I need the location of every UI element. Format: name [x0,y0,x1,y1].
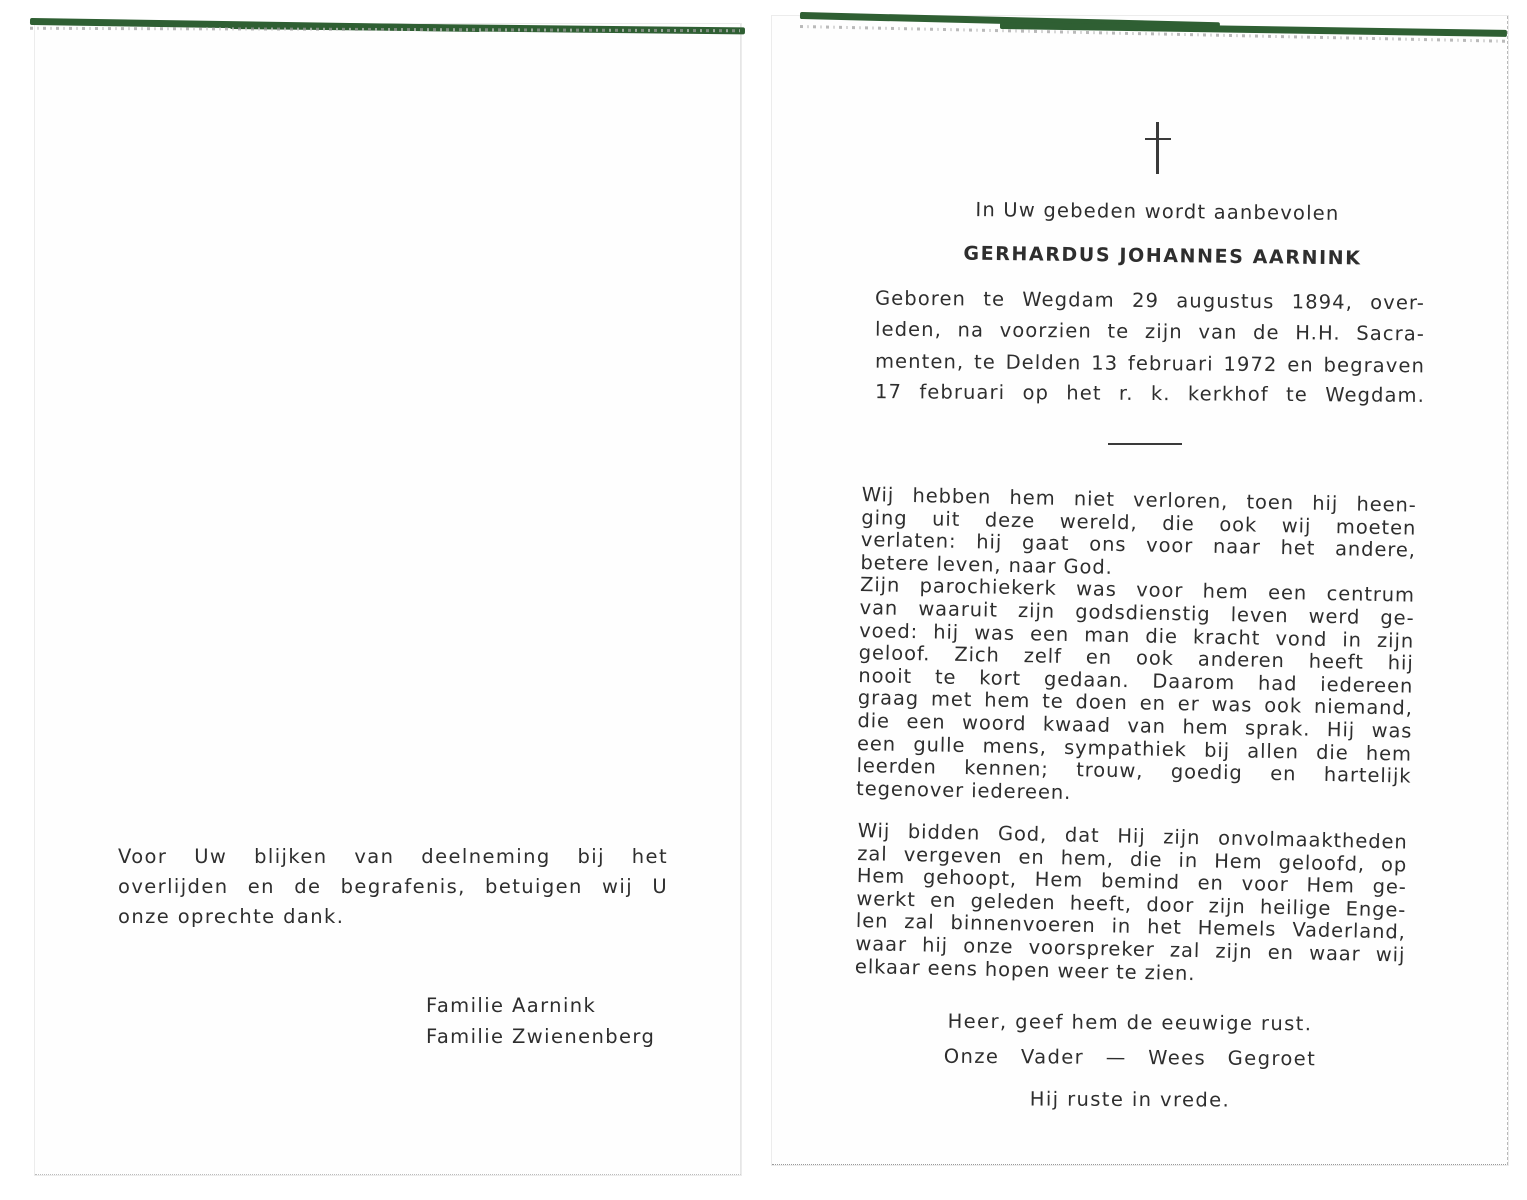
closing-prayers-named: Onze Vader — Wees Gegroet [880,1044,1380,1070]
cross-icon [1145,122,1171,174]
closing-rest: Hij ruste in vrede. [880,1087,1380,1113]
section-divider [1108,443,1182,445]
signature-family-zwienenberg: Familie Zwienenberg [426,1025,655,1048]
closing-prayer: Heer, geef hem de eeuwige rust. [880,1009,1380,1035]
bio-line: 17 februari op het r. k. kerkhof te Wegd… [875,380,1425,407]
thanks-message: Voor Uw blijken van deelneming bij het o… [118,842,668,932]
thank-you-card [35,24,741,1175]
bio-line: menten, te Delden 13 februari 1972 en be… [875,350,1425,378]
thanks-line: overlijden en de begrafenis, betuigen wi… [118,872,668,902]
thanks-line: onze oprechte dank. [118,902,668,932]
prayer-paragraph: Wij bidden God, dat Hij zijn onvolmaakth… [855,820,1408,990]
tribute-paragraph: Wij hebben hem niet verloren, toen hij h… [856,484,1417,811]
bio-line: leden, na voorzien te zijn van de H.H. S… [875,318,1425,346]
signature-family-aarnink: Familie Aarnink [426,994,596,1017]
bio-line: Geboren te Wegdam 29 augustus 1894, over… [875,287,1425,315]
thanks-line: Voor Uw blijken van deelneming bij het [118,842,668,872]
